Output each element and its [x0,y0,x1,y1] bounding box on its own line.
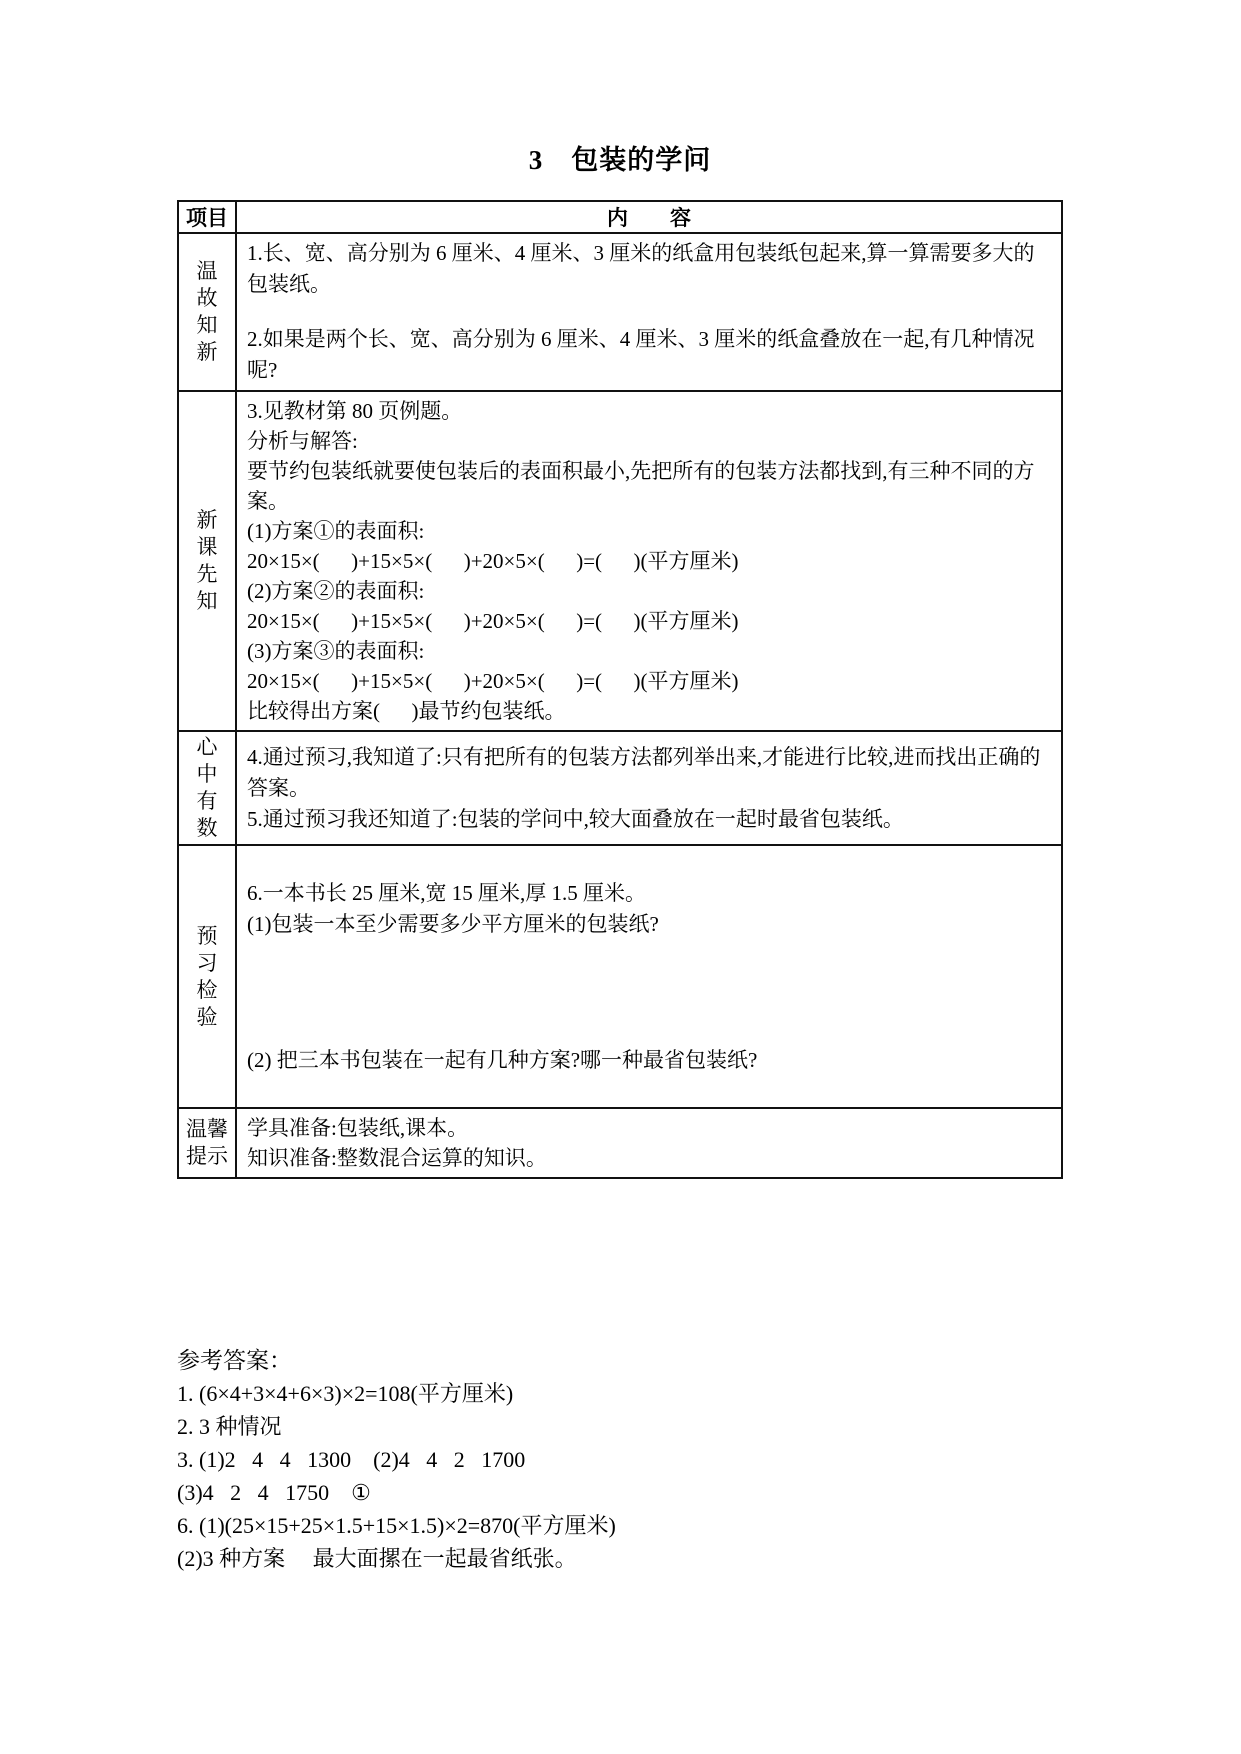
paragraph: 要节约包装纸就要使包装后的表面积最小,先把所有的包装方法都找到,有三种不同的方案… [247,456,1051,516]
paragraph: (1)方案①的表面积: [247,516,1051,546]
paragraph: (1)包装一本至少需要多少平方厘米的包装纸? [247,909,1051,940]
worksheet-page: 3 包装的学问 项目 内 容 温 故 知 新 1.长、宽、高分别为 6 厘米、4… [177,138,1063,1575]
row-content: 3.见教材第 80 页例题。 分析与解答: 要节约包装纸就要使包装后的表面积最小… [236,391,1062,731]
answer-line: 3. (1)2 4 4 1300 (2)4 4 2 1700 [177,1443,1063,1476]
row-label: 温馨 提示 [178,1108,236,1178]
answers-section: 参考答案： 1. (6×4+3×4+6×3)×2=108(平方厘米) 2. 3 … [177,1344,1063,1575]
row-label: 新 课 先 知 [178,391,236,731]
paragraph: 6.一本书长 25 厘米,宽 15 厘米,厚 1.5 厘米。 [247,878,1051,909]
paragraph: 学具准备:包装纸,课本。 [247,1113,1051,1143]
paragraph: 分析与解答: [247,426,1051,456]
row-content: 1.长、宽、高分别为 6 厘米、4 厘米、3 厘米的纸盒用包装纸包起来,算一算需… [236,233,1062,391]
row-label: 心 中 有 数 [178,731,236,845]
paragraph: (3)方案③的表面积: [247,636,1051,666]
row-label: 温 故 知 新 [178,233,236,391]
row-content: 4.通过预习,我知道了:只有把所有的包装方法都列举出来,才能进行比较,进而找出正… [236,731,1062,845]
answer-line: 1. (6×4+3×4+6×3)×2=108(平方厘米) [177,1377,1063,1410]
paragraph: 2.如果是两个长、宽、高分别为 6 厘米、4 厘米、3 厘米的纸盒叠放在一起,有… [247,324,1051,386]
row-label: 预 习 检 验 [178,845,236,1108]
row-warm-tips: 温馨 提示 学具准备:包装纸,课本。 知识准备:整数混合运算的知识。 [178,1108,1062,1178]
paragraph: 5.通过预习我还知道了:包装的学问中,较大面叠放在一起时最省包装纸。 [247,804,1051,835]
paragraph: 4.通过预习,我知道了:只有把所有的包装方法都列举出来,才能进行比较,进而找出正… [247,742,1051,804]
answers-heading: 参考答案： [177,1344,1063,1377]
formula-line: 20×15×( )+15×5×( )+20×5×( )=( )(平方厘米) [247,666,1051,696]
row-content: 学具准备:包装纸,课本。 知识准备:整数混合运算的知识。 [236,1108,1062,1178]
answer-line: (3)4 2 4 1750 ① [177,1476,1063,1509]
paragraph: 3.见教材第 80 页例题。 [247,396,1051,426]
row-content: 6.一本书长 25 厘米,宽 15 厘米,厚 1.5 厘米。 (1)包装一本至少… [236,845,1062,1108]
header-content-cell: 内 容 [236,201,1062,233]
row-new-lesson-preview: 新 课 先 知 3.见教材第 80 页例题。 分析与解答: 要节约包装纸就要使包… [178,391,1062,731]
formula-line: 20×15×( )+15×5×( )+20×5×( )=( )(平方厘米) [247,546,1051,576]
paragraph: 知识准备:整数混合运算的知识。 [247,1143,1051,1173]
paragraph: 比较得出方案( )最节约包装纸。 [247,696,1051,726]
paragraph: 1.长、宽、高分别为 6 厘米、4 厘米、3 厘米的纸盒用包装纸包起来,算一算需… [247,238,1051,300]
answer-line: 2. 3 种情况 [177,1410,1063,1443]
formula-line: 20×15×( )+15×5×( )+20×5×( )=( )(平方厘米) [247,606,1051,636]
answer-line: 6. (1)(25×15+25×1.5+15×1.5)×2=870(平方厘米) [177,1509,1063,1542]
header-row: 项目 内 容 [178,201,1062,233]
answer-line: (2)3 种方案 最大面摞在一起最省纸张。 [177,1542,1063,1575]
paragraph: (2)方案②的表面积: [247,576,1051,606]
header-item-cell: 项目 [178,201,236,233]
row-preview-check: 预 习 检 验 6.一本书长 25 厘米,宽 15 厘米,厚 1.5 厘米。 (… [178,845,1062,1108]
row-review-old-knowledge: 温 故 知 新 1.长、宽、高分别为 6 厘米、4 厘米、3 厘米的纸盒用包装纸… [178,233,1062,391]
paragraph: (2) 把三本书包装在一起有几种方案?哪一种最省包装纸? [247,1045,1051,1076]
page-title: 3 包装的学问 [177,138,1063,177]
row-know-in-heart: 心 中 有 数 4.通过预习,我知道了:只有把所有的包装方法都列举出来,才能进行… [178,731,1062,845]
worksheet-table: 项目 内 容 温 故 知 新 1.长、宽、高分别为 6 厘米、4 厘米、3 厘米… [177,200,1063,1179]
